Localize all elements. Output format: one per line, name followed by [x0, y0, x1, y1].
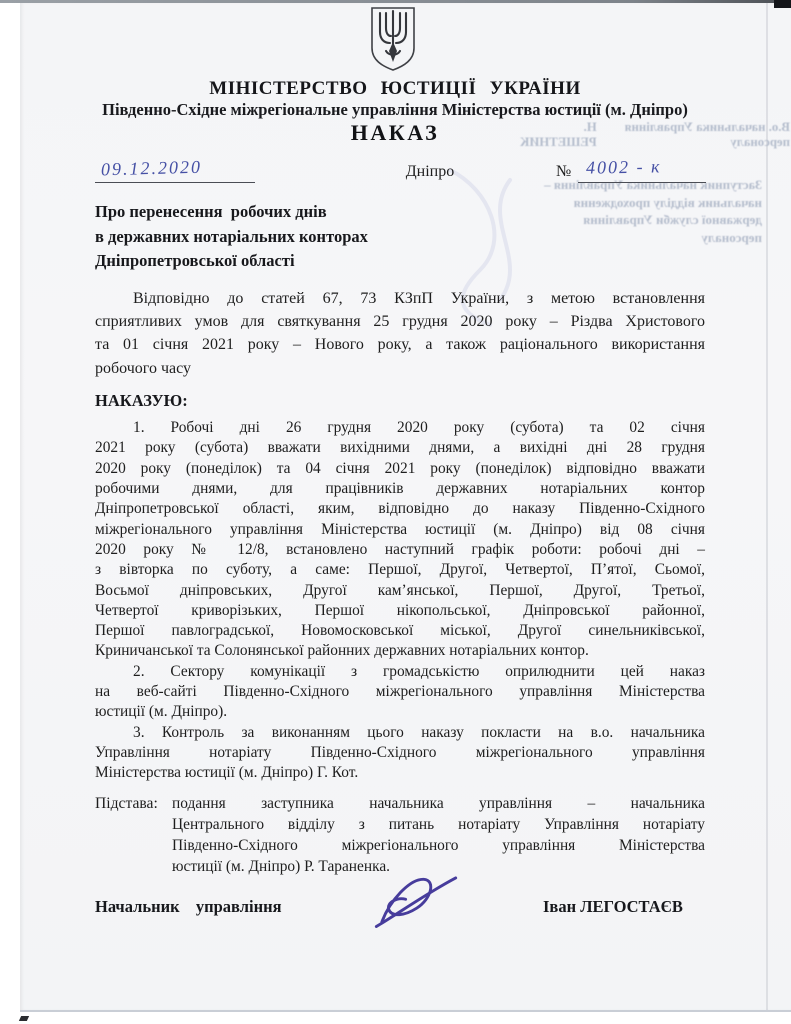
- page-bottom-edge: [20, 1010, 791, 1012]
- text-line: 1. Робочі дні 26 грудня 2020 року (субот…: [95, 418, 705, 438]
- ministry-title: МІНІСТЕРСТВО ЮСТИЦІЇ УКРАЇНИ: [15, 78, 775, 100]
- signer-position: Начальник управління: [95, 897, 282, 917]
- order-item-1: 1. Робочі дні 26 грудня 2020 року (субот…: [95, 418, 705, 662]
- number-field: 4002 - к: [578, 154, 706, 183]
- text-line: Відповідно до статей 67, 73 КЗпП України…: [95, 287, 705, 310]
- text-line: подання заступника начальника управління…: [172, 794, 705, 815]
- subject-block: Про перенесення робочих днівв державних …: [95, 200, 705, 274]
- bleedthrough-line: В.о. начальника Управління персоналу Н. …: [518, 120, 790, 150]
- text-line: Південно-Східного міжрегіонального управ…: [172, 836, 705, 857]
- signature-ink: [367, 865, 469, 939]
- text-line: в державних нотаріальних конторах: [95, 225, 705, 250]
- text-line: на веб-сайті Південно-Східного міжрегіон…: [95, 682, 705, 702]
- text-line: Криничанської та Солонянської районних д…: [95, 641, 705, 661]
- office-subtitle: Південно-Східне міжрегіональне управлінн…: [15, 100, 775, 120]
- resolve-word: НАКАЗУЮ:: [95, 391, 705, 411]
- text-line: робочими днями, для працівників державни…: [95, 479, 705, 499]
- bleedthrough-position-text: В.о. начальника Управління персоналу: [597, 120, 790, 150]
- text-line: Першої павлоградської, Новомосковської м…: [95, 621, 705, 641]
- text-line: 2021 року (субота) вважати вихідними дня…: [95, 438, 705, 458]
- text-line: 3. Контроль за виконанням цього наказу п…: [95, 723, 705, 743]
- text-line: з вівторка по суботу, а саме: Першої, Др…: [95, 560, 705, 580]
- preamble-paragraph: Відповідно до статей 67, 73 КЗпП України…: [95, 287, 705, 381]
- text-line: Дніпропетровської області: [95, 249, 705, 274]
- page-right-edge-shadow: [766, 3, 768, 1010]
- text-line: Про перенесення робочих днів: [95, 200, 705, 225]
- basis-block: Підстава: подання заступника начальника …: [95, 794, 705, 877]
- text-line: Четвертої криворізьких, Першої нікопольс…: [95, 601, 705, 621]
- text-line: міжрегіонального управління Міністерства…: [95, 520, 705, 540]
- number-sign-label: №: [556, 163, 571, 181]
- scan-bottom-left-artifact: [19, 1016, 29, 1021]
- text-line: Міністерства юстиції (м. Дніпро) Г. Кот.: [95, 763, 705, 783]
- date-field: 09.12.2020: [95, 156, 255, 183]
- order-items: 1. Робочі дні 26 грудня 2020 року (субот…: [95, 418, 705, 783]
- text-line: 2020 року № 12/8, встановлено наступний …: [95, 540, 705, 560]
- document-body: Про перенесення робочих днівв державних …: [95, 200, 705, 878]
- text-line: сприятливих умов для святкування 25 груд…: [95, 310, 705, 333]
- basis-text: подання заступника начальника управління…: [172, 794, 705, 877]
- order-item-2: 2. Сектору комунікації з громадськістю о…: [95, 662, 705, 723]
- scan-top-edge-artifact: [0, 0, 791, 3]
- text-line: юстиції (м. Дніпро).: [95, 702, 705, 722]
- ukraine-trident-emblem-icon: [368, 6, 418, 72]
- city-label: Дніпро: [385, 163, 475, 181]
- scan-corner-artifact: [774, 0, 791, 8]
- text-line: робочого часу: [95, 357, 705, 380]
- order-item-3: 3. Контроль за виконанням цього наказу п…: [95, 723, 705, 784]
- signer-name: Іван ЛЕГОСТАЄВ: [543, 897, 683, 917]
- handwritten-number: 4002 - к: [586, 156, 662, 178]
- text-line: Управління нотаріату Південно-Східного м…: [95, 743, 705, 763]
- handwritten-date: 09.12.2020: [101, 157, 203, 181]
- basis-label: Підстава:: [95, 794, 172, 877]
- text-line: Восьмої дніпровських, Другої кам’янської…: [95, 581, 705, 601]
- text-line: 2. Сектору комунікації з громадськістю о…: [95, 662, 705, 682]
- text-line: Дніпропетровської області, яким, відпові…: [95, 499, 705, 519]
- trident-spear-tip: [389, 42, 397, 62]
- text-line: 2020 року (понеділок) та 04 січня 2021 р…: [95, 459, 705, 479]
- text-line: Центрального відділу з питань нотаріату …: [172, 815, 705, 836]
- bleedthrough-name-text: Н. РЕШЕТНИК: [518, 120, 597, 150]
- scanned-order-document: МІНІСТЕРСТВО ЮСТИЦІЇ УКРАЇНИ Південно-Сх…: [0, 0, 791, 1024]
- text-line: та 01 січня 2021 року – Нового року, а т…: [95, 333, 705, 356]
